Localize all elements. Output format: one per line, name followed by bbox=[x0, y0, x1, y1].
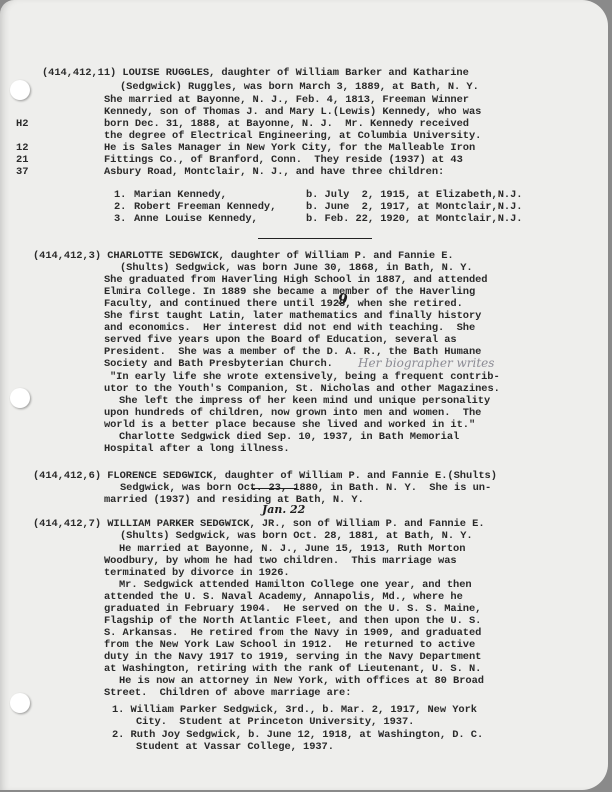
entry-heading: (414,412,6) FLORENCE SEDGWICK, daughter … bbox=[33, 470, 497, 482]
entry-heading: (414,412,7) WILLIAM PARKER SEDGWICK, JR.… bbox=[33, 518, 485, 530]
margin-code: 21 bbox=[16, 154, 28, 166]
entry-line: Hospital after a long illness. bbox=[104, 443, 290, 455]
child-entry: 2. Ruth Joy Sedgwick, b. June 12, 1918, … bbox=[112, 729, 483, 741]
entry-line: born Dec. 31, 1888, at Bayonne, N. J. Mr… bbox=[104, 118, 469, 130]
entry-line: She graduated from Haverling High School… bbox=[104, 274, 488, 286]
handwritten-correction: 9 bbox=[338, 292, 348, 308]
handwritten-correction: Jan. 22 bbox=[262, 503, 305, 516]
entry-line: at Washington, retiring with the rank of… bbox=[104, 663, 481, 675]
entry-heading: (414,412,11) LOUISE RUGGLES, daughter of… bbox=[42, 67, 469, 79]
child-name: Anne Louise Kennedy, bbox=[134, 213, 258, 225]
child-number: 3. bbox=[114, 213, 126, 225]
entry-line: world is a better place because she live… bbox=[104, 419, 475, 431]
margin-code: H2 bbox=[16, 118, 28, 130]
entry-line: Woodbury, by whom he had two children. T… bbox=[104, 555, 457, 567]
child-entry-cont: City. Student at Princeton University, 1… bbox=[136, 716, 414, 728]
entry-line: and economics. Her interest did not end … bbox=[104, 322, 475, 334]
entry-line: Kennedy, son of Thomas J. and Mary L.(Le… bbox=[104, 106, 481, 118]
section-divider bbox=[258, 238, 372, 239]
margin-code: 37 bbox=[16, 166, 28, 178]
entry-line: Faculty, and continued there until 1928,… bbox=[104, 298, 463, 310]
entry-line: Fittings Co., of Branford, Conn. They re… bbox=[104, 154, 463, 166]
entry-line: Sedgwick, was born Oct. 23, 1880, in Bat… bbox=[120, 482, 491, 494]
entry-line: She married at Bayonne, N. J., Feb. 4, 1… bbox=[104, 94, 469, 106]
entry-line: She first taught Latin, later mathematic… bbox=[104, 310, 481, 322]
child-entry-cont: Student at Vassar College, 1937. bbox=[136, 741, 334, 753]
child-birth: b. July 2, 1915, at Elizabeth,N.J. bbox=[306, 189, 523, 201]
entry-line: (Shults) Sedgwick, was born June 30, 186… bbox=[120, 262, 473, 274]
entry-line: Charlotte Sedgwick died Sep. 10, 1937, i… bbox=[119, 431, 459, 443]
punch-hole bbox=[10, 388, 30, 408]
margin-code: 12 bbox=[16, 142, 28, 154]
entry-line: S. Arkansas. He retired from the Navy in… bbox=[104, 627, 481, 639]
entry-line: utor to the Youth's Companion, St. Nicho… bbox=[104, 383, 500, 395]
entry-line: (Sedgwick) Ruggles, was born March 3, 18… bbox=[120, 81, 479, 93]
entry-line: attended the U. S. Naval Academy, Annapo… bbox=[104, 591, 463, 603]
entry-line: terminated by divorce in 1926. bbox=[104, 567, 290, 579]
entry-line: Asbury Road, Montclair, N. J., and have … bbox=[104, 166, 444, 178]
entry-line: duty in the Navy 1917 to 1919, serving i… bbox=[104, 651, 481, 663]
entry-line: Street. Children of above marriage are: bbox=[104, 687, 351, 699]
entry-line: Elmira College. In 1889 she became a mem… bbox=[104, 286, 475, 298]
child-number: 2. bbox=[114, 201, 126, 213]
punch-hole bbox=[10, 693, 30, 713]
entry-line: Flagship of the North Atlantic Fleet, an… bbox=[104, 615, 481, 627]
entry-line: married (1937) and residing at Bath, N. … bbox=[104, 494, 364, 506]
entry-line: from the New York Law School in 1912. He… bbox=[104, 639, 475, 651]
child-name: Robert Freeman Kennedy, bbox=[134, 201, 276, 213]
child-birth: b. Feb. 22, 1920, at Montclair,N.J. bbox=[306, 213, 523, 225]
entry-line: She left the impress of her keen mind un… bbox=[119, 395, 490, 407]
handwritten-note: Her biographer writes bbox=[358, 356, 494, 370]
entry-line: (Shults) Sedgwick, was born Oct. 28, 188… bbox=[120, 530, 473, 542]
entry-line: graduated in February 1904. He served on… bbox=[104, 603, 481, 615]
strikethrough bbox=[251, 488, 297, 489]
entry-line: upon hundreds of children, now grown int… bbox=[104, 407, 481, 419]
child-number: 1. bbox=[114, 189, 126, 201]
entry-line: Mr. Sedgwick attended Hamilton College o… bbox=[119, 579, 472, 591]
document-page: H2 12 21 37 (414,412,11) LOUISE RUGGLES,… bbox=[0, 0, 608, 790]
entry-line: Society and Bath Presbyterian Church. bbox=[104, 358, 333, 370]
entry-line: He is now an attorney in New York, with … bbox=[119, 675, 484, 687]
entry-line: the degree of Electrical Engineering, at… bbox=[104, 130, 481, 142]
entry-line: He is Sales Manager in New York City, fo… bbox=[104, 142, 475, 154]
entry-line: served five years upon the Board of Educ… bbox=[104, 334, 457, 346]
child-entry: 1. William Parker Sedgwick, 3rd., b. Mar… bbox=[112, 704, 477, 716]
child-birth: b. June 2, 1917, at Montclair,N.J. bbox=[306, 201, 523, 213]
child-name: Marian Kennedy, bbox=[134, 189, 227, 201]
punch-hole bbox=[10, 80, 30, 100]
entry-line: He married at Bayonne, N. J., June 15, 1… bbox=[119, 543, 465, 555]
entry-line: "In early life she wrote extensively, be… bbox=[110, 371, 500, 383]
entry-heading: (414,412,3) CHARLOTTE SEDGWICK, daughter… bbox=[33, 250, 454, 262]
